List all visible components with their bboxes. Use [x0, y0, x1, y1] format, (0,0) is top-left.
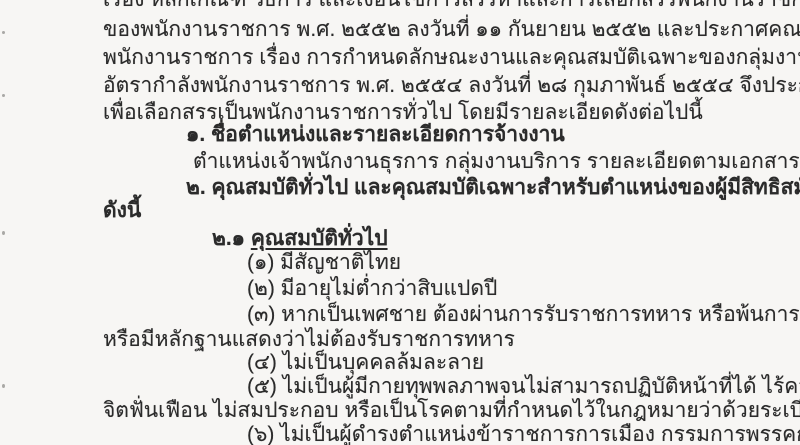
subsection-2-1-heading: ๒.๑ คุณสมบัติทั่วไป — [212, 226, 388, 252]
intro-paragraph-line-4: อัตรากำลังพนักงานราชการ พ.ศ. ๒๕๕๔ ลงวันท… — [103, 73, 800, 99]
section-2-heading: ๒. คุณสมบัติทั่วไป และคุณสมบัติเฉพาะสำหร… — [186, 175, 800, 201]
intro-paragraph-line-3: พนักงานราชการ เรื่อง การกำหนดลักษณะงานแล… — [103, 45, 800, 71]
subsection-2-1-number: ๒.๑ — [212, 227, 251, 250]
scan-speck — [2, 384, 5, 388]
qualification-item-6: (๖) ไม่เป็นผู้ดำรงตำแหน่งข้าราชการการเมื… — [247, 422, 800, 445]
scan-speck — [2, 31, 5, 34]
subsection-2-1-title: คุณสมบัติทั่วไป — [251, 227, 388, 250]
intro-paragraph-line-2: ของพนักงานราชการ พ.ศ. ๒๕๕๒ ลงวันที่ ๑๑ ก… — [103, 17, 800, 43]
qualification-item-4: (๔) ไม่เป็นบุคคลล้มละลาย — [247, 350, 484, 376]
scan-speck — [2, 94, 5, 97]
section-1-heading: ๑. ชื่อตำแหน่งและรายละเอียดการจ้างงาน — [186, 122, 565, 148]
qualification-item-2: (๒) มีอายุไม่ต่ำกว่าสิบแปดปี — [247, 276, 497, 302]
document-page: เรื่อง หลักเกณฑ์ วิธีการ และเงื่อนไขการส… — [0, 0, 800, 445]
qualification-item-5-line-1: (๕) ไม่เป็นผู้มีกายทุพพลภาพจนไม่สามารถปฏ… — [247, 374, 800, 400]
scan-speck — [2, 231, 5, 235]
qualification-item-5-line-2: จิตฟั่นเฟือน ไม่สมประกอบ หรือเป็นโรคตามท… — [103, 398, 800, 424]
intro-paragraph-line-1: เรื่อง หลักเกณฑ์ วิธีการ และเงื่อนไขการส… — [103, 0, 800, 13]
qualification-item-3-line-1: (๓) หากเป็นเพศชาย ต้องผ่านการรับราชการทห… — [247, 302, 800, 328]
qualification-item-1: (๑) มีสัญชาติไทย — [247, 250, 401, 276]
section-2-heading-continuation: ดังนี้ — [103, 198, 141, 224]
section-1-position-detail: ตำแหน่งเจ้าพนักงานธุรการ กลุ่มงานบริการ … — [193, 149, 800, 175]
